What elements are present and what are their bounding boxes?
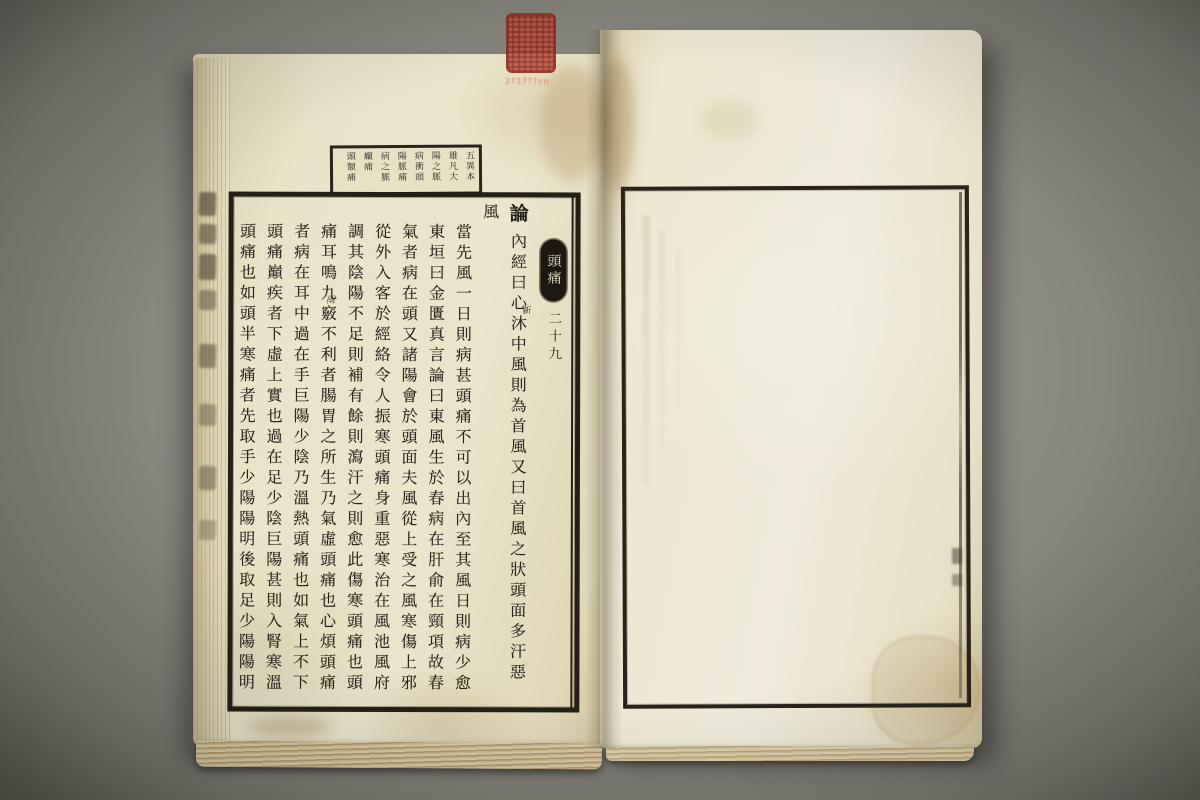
chapter-title: 頭痛: [546, 253, 560, 287]
page-bottom-edges-right: [606, 746, 974, 761]
paper-stain: [700, 100, 760, 140]
next-leaf-mark: [952, 574, 962, 586]
fore-edge-mark: [199, 344, 217, 369]
fore-edge-mark: [199, 192, 217, 217]
text-column: 者病在耳中過在手巨陽少陰乃溫熱頭痛也如氣上不下: [286, 203, 314, 699]
text-column: 氣者病在頭又諸陽會於頭面夫風從上受之風寒傷上邪: [394, 203, 422, 699]
note-column: 陽脈痛: [392, 150, 409, 190]
paper-stain: [600, 58, 634, 190]
red-collection-seal: [506, 13, 556, 73]
margin-note-box: 五異本雄凡大陽之脈病衝頭陽脈痛病之脈癲痛頭額痛: [330, 144, 482, 195]
note-column: 陽之脈: [426, 150, 443, 190]
fore-edge-mark: [199, 254, 217, 281]
paper-stain: [250, 716, 330, 738]
text-column: 頭痛也如頭半寒痛者先取手少陽陽明後取足少陽陽明: [238, 203, 260, 699]
ink-bleed-mark: [659, 230, 665, 450]
right-page-frame: [621, 185, 971, 709]
fore-edge-mark: [199, 466, 217, 491]
inline-annotation: 新: [522, 303, 531, 316]
text-column: 從外入客於經絡令人振寒頭痛身重惡寒治在風池風府: [367, 203, 395, 699]
note-column: 雄凡大: [443, 150, 460, 190]
text-column: 論內經曰心沐中風則為首風又曰首風之狀頭面多汗惡風: [475, 203, 531, 699]
note-column: 五異本: [460, 150, 477, 190]
inline-annotation: 鬲: [326, 293, 335, 306]
next-leaf-edge: [959, 192, 962, 698]
watermark-caption: 2?1???cn: [505, 77, 550, 86]
chapter-title-seal: 頭痛: [540, 239, 566, 301]
text-column: 痛耳鳴九竅不利者腸胃之所生乃氣虛頭痛也心煩頭痛: [313, 203, 341, 699]
text-column: 調其陰陽不足則補有餘則瀉汗之則愈此傷寒頭痛也頭: [340, 203, 368, 699]
fore-edge: [193, 58, 230, 746]
column-text: 內經曰心沐中風則為首風又曰首風之狀頭面多汗惡風: [481, 203, 528, 684]
section-heading: 論: [507, 203, 529, 227]
ink-bleed-mark: [676, 250, 681, 410]
margin-note-columns: 五異本雄凡大陽之脈病衝頭陽脈痛病之脈癲痛頭額痛: [335, 150, 477, 191]
left-page-frame: 頭痛 二十九 論內經曰心沐中風則為首風又曰首風之狀頭面多汗惡風 當先風一日則病甚…: [227, 192, 580, 713]
fore-edge-mark: [199, 224, 217, 245]
fore-edge-mark: [199, 290, 217, 311]
chapter-number-wrap: 二十九: [538, 311, 568, 364]
fore-edge-mark: [199, 520, 217, 541]
note-column: 癲痛: [358, 150, 375, 190]
fore-edge-mark: [199, 404, 217, 427]
note-column: 病之脈: [375, 150, 392, 190]
note-column: 頭額痛: [341, 150, 358, 190]
ink-bleed-mark: [643, 215, 650, 485]
text-column: 東垣曰金匱真言論曰東風生於春病在肝俞在頸項故春: [421, 203, 449, 699]
text-column: 頭痛巔疾者下虛上實也過在足少陰巨陽甚則入腎寒溫: [259, 203, 287, 699]
next-leaf-mark: [952, 548, 962, 564]
text-columns: 論內經曰心沐中風則為首風又曰首風之狀頭面多汗惡風 當先風一日則病甚頭痛不可以出內…: [238, 203, 531, 700]
note-column: 病衝頭: [409, 150, 426, 190]
chapter-number: 二十九: [543, 311, 563, 364]
chapter-strip: 頭痛 二十九: [538, 239, 568, 364]
page-bottom-edges-left: [196, 741, 602, 770]
photograph-backdrop: 五異本雄凡大陽之脈病衝頭陽脈痛病之脈癲痛頭額痛 頭痛 二十九 論內經曰心沐中風則…: [0, 0, 1200, 800]
text-column: 當先風一日則病甚頭痛不可以出內至其風日則病少愈: [448, 203, 476, 699]
